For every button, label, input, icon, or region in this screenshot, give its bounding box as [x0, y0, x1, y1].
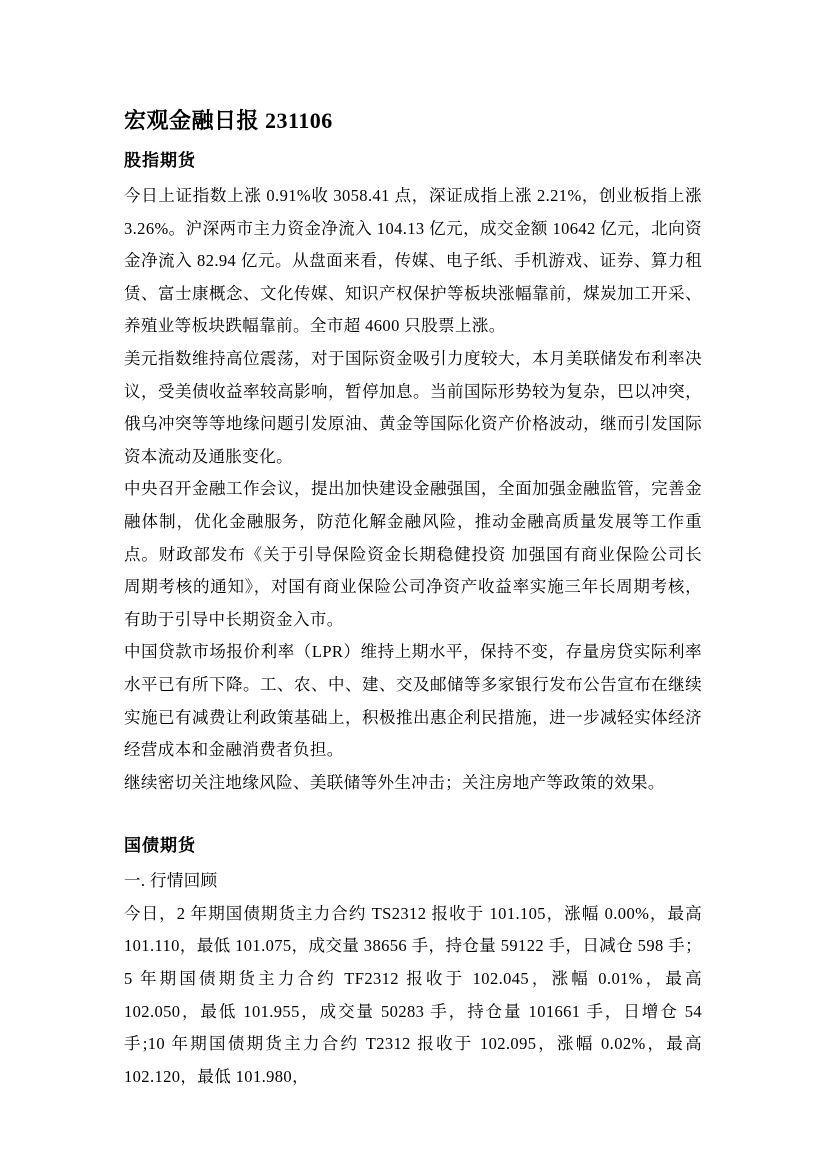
paragraph-market-summary: 今日上证指数上涨 0.91%收 3058.41 点，深证成指上涨 2.21%，创…	[124, 180, 702, 343]
paragraph-lpr: 中国贷款市场报价利率（LPR）维持上期水平，保持不变，存量房贷实际利率水平已有所…	[124, 636, 702, 766]
paragraph-outlook: 继续密切关注地缘风险、美联储等外生冲击；关注房地产等政策的效果。	[124, 767, 702, 800]
paragraph-financial-work-conference: 中央召开金融工作会议，提出加快建设金融强国，全面加强金融监管，完善金融体制，优化…	[124, 473, 702, 636]
treasury-futures-heading: 国债期货	[124, 835, 702, 857]
document-title: 宏观金融日报 231106	[124, 106, 702, 136]
stock-index-futures-heading: 股指期货	[124, 150, 702, 172]
document-page: 宏观金融日报 231106 股指期货 今日上证指数上涨 0.91%收 3058.…	[0, 0, 826, 1169]
section-stock-index-futures: 股指期货 今日上证指数上涨 0.91%收 3058.41 点，深证成指上涨 2.…	[124, 150, 702, 799]
paragraph-dollar-index: 美元指数维持高位震荡，对于国际资金吸引力度较大，本月美联储发布利率决议，受美债收…	[124, 343, 702, 473]
paragraph-treasury-contracts: 今日，2 年期国债期货主力合约 TS2312 报收于 101.105，涨幅 0.…	[124, 898, 702, 1094]
treasury-subheading-market-review: 一. 行情回顾	[124, 865, 702, 898]
section-treasury-futures: 国债期货 一. 行情回顾 今日，2 年期国债期货主力合约 TS2312 报收于 …	[124, 835, 702, 1093]
